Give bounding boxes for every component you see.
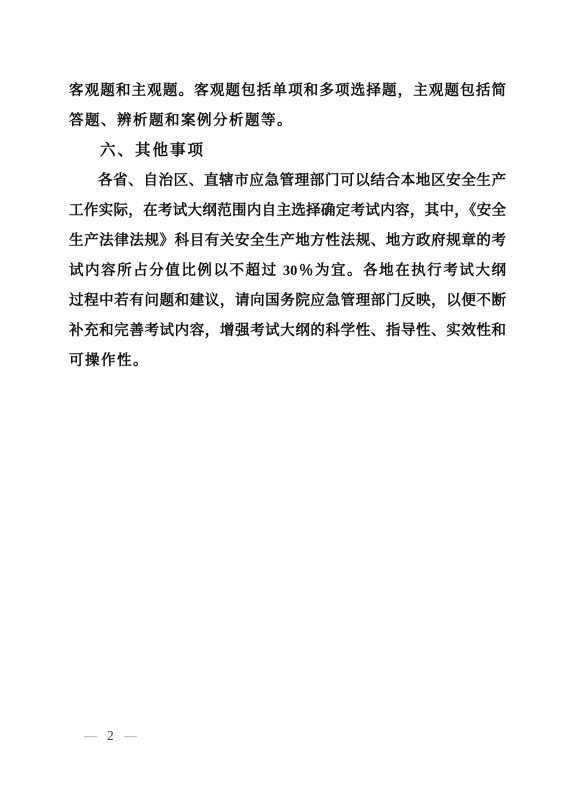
page-footer: — 2 — (84, 729, 137, 743)
text-line: 试内容所占分值比例以不超过 30％为宜。各地在执行考试大纲 (69, 256, 506, 286)
text-line: 过程中若有问题和建议，请向国务院应急管理部门反映，以便不断 (69, 286, 506, 316)
paragraph-continuation: 客观题和主观题。客观题包括单项和多项选择题，主观题包括简 答题、辨析题和案例分析… (69, 76, 506, 136)
text-line: 生产法律法规》科目有关安全生产地方性法规、地方政府规章的考 (69, 226, 506, 256)
document-page: 客观题和主观题。客观题包括单项和多项选择题，主观题包括简 答题、辨析题和案例分析… (0, 0, 574, 793)
page-number: 2 (107, 729, 114, 743)
text-line: 各省、自治区、直辖市应急管理部门可以结合本地区安全生产 (69, 166, 506, 196)
text-line: 工作实际，在考试大纲范围内自主选择确定考试内容，其中，《安全 (69, 196, 506, 226)
footer-dash-right: — (124, 729, 137, 743)
footer-dash-left: — (84, 729, 97, 743)
text-line: 补充和完善考试内容，增强考试大纲的科学性、指导性、实效性和 (69, 316, 506, 346)
section-heading: 六、其他事项 (69, 136, 506, 166)
heading-line: 六、其他事项 (69, 136, 506, 166)
text-line: 答题、辨析题和案例分析题等。 (69, 106, 506, 136)
text-line: 可操作性。 (69, 346, 506, 376)
text-line: 客观题和主观题。客观题包括单项和多项选择题，主观题包括简 (69, 76, 506, 106)
paragraph-other-matters: 各省、自治区、直辖市应急管理部门可以结合本地区安全生产 工作实际，在考试大纲范围… (69, 166, 506, 376)
document-body: 客观题和主观题。客观题包括单项和多项选择题，主观题包括简 答题、辨析题和案例分析… (69, 76, 506, 376)
